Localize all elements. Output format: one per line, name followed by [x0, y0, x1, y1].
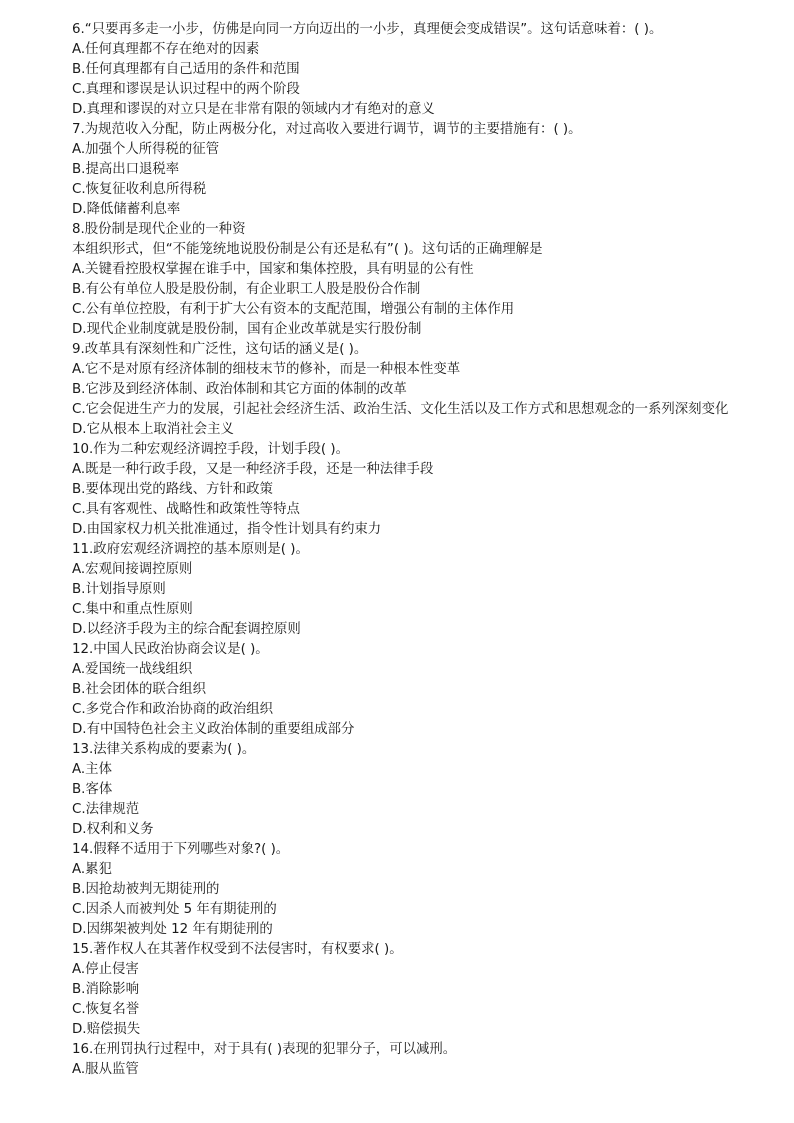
- option-a: A.主体: [43, 760, 751, 780]
- option-d: D.降低储蓄利息率: [43, 200, 751, 220]
- question-stem-continued: 本组织形式，但“不能笼统地说股份制是公有还是私有”( )。这句话的正确理解是: [43, 240, 751, 260]
- option-c: C.集中和重点性原则: [43, 600, 751, 620]
- option-b: B.客体: [43, 780, 751, 800]
- option-c: C.它会促进生产力的发展，引起社会经济生活、政治生活、文化生活以及工作方式和思想…: [43, 400, 751, 420]
- question-stem: 9.改革具有深刻性和广泛性，这句话的涵义是( )。: [43, 340, 751, 360]
- option-a: A.爱国统一战线组织: [43, 660, 751, 680]
- option-a: A.它不是对原有经济体制的细枝末节的修补，而是一种根本性变革: [43, 360, 751, 380]
- option-d: D.由国家权力机关批准通过，指令性计划具有约束力: [43, 520, 751, 540]
- question-stem: 15.著作权人在其著作权受到不法侵害时，有权要求( )。: [43, 940, 751, 960]
- option-b: B.因抢劫被判无期徒刑的: [43, 880, 751, 900]
- question-13: 13.法律关系构成的要素为( )。 A.主体 B.客体 C.法律规范 D.权利和…: [43, 740, 751, 840]
- question-6: 6.“只要再多走一小步，仿佛是向同一方向迈出的一小步，真理便会变成错误”。这句话…: [43, 20, 751, 120]
- question-10: 10.作为二种宏观经济调控手段，计划手段( )。 A.既是一种行政手段，又是一种…: [43, 440, 751, 540]
- question-stem: 8.股份制是现代企业的一种资: [43, 220, 751, 240]
- question-stem: 10.作为二种宏观经济调控手段，计划手段( )。: [43, 440, 751, 460]
- option-b: B.任何真理都有自己适用的条件和范围: [43, 60, 751, 80]
- option-a: A.停止侵害: [43, 960, 751, 980]
- option-d: D.赔偿损失: [43, 1020, 751, 1040]
- option-c: C.因杀人而被判处 5 年有期徒刑的: [43, 900, 751, 920]
- option-a: A.任何真理都不存在绝对的因素: [43, 40, 751, 60]
- question-8: 8.股份制是现代企业的一种资 本组织形式，但“不能笼统地说股份制是公有还是私有”…: [43, 220, 751, 340]
- option-c: C.多党合作和政治协商的政治组织: [43, 700, 751, 720]
- option-a: A.累犯: [43, 860, 751, 880]
- option-d: D.它从根本上取消社会主义: [43, 420, 751, 440]
- option-c: C.公有单位控股，有利于扩大公有资本的支配范围，增强公有制的主体作用: [43, 300, 751, 320]
- question-stem: 16.在刑罚执行过程中，对于具有( )表现的犯罪分子，可以减刑。: [43, 1040, 751, 1060]
- option-c: C.法律规范: [43, 800, 751, 820]
- option-b: B.提高出口退税率: [43, 160, 751, 180]
- option-d: D.现代企业制度就是股份制，国有企业改革就是实行股份制: [43, 320, 751, 340]
- option-d: D.因绑架被判处 12 年有期徒刑的: [43, 920, 751, 940]
- option-d: D.真理和谬误的对立只是在非常有限的领域内才有绝对的意义: [43, 100, 751, 120]
- exam-document: 6.“只要再多走一小步，仿佛是向同一方向迈出的一小步，真理便会变成错误”。这句话…: [43, 20, 751, 1080]
- question-11: 11.政府宏观经济调控的基本原则是( )。 A.宏观间接调控原则 B.计划指导原…: [43, 540, 751, 640]
- question-15: 15.著作权人在其著作权受到不法侵害时，有权要求( )。 A.停止侵害 B.消除…: [43, 940, 751, 1040]
- question-stem: 12.中国人民政治协商会议是( )。: [43, 640, 751, 660]
- option-b: B.要体现出党的路线、方针和政策: [43, 480, 751, 500]
- option-b: B.消除影响: [43, 980, 751, 1000]
- question-7: 7.为规范收入分配，防止两极分化，对过高收入要进行调节，调节的主要措施有：( )…: [43, 120, 751, 220]
- option-a: A.既是一种行政手段，又是一种经济手段，还是一种法律手段: [43, 460, 751, 480]
- option-d: D.以经济手段为主的综合配套调控原则: [43, 620, 751, 640]
- question-9: 9.改革具有深刻性和广泛性，这句话的涵义是( )。 A.它不是对原有经济体制的细…: [43, 340, 751, 440]
- option-a: A.加强个人所得税的征管: [43, 140, 751, 160]
- option-d: D.权利和义务: [43, 820, 751, 840]
- question-14: 14.假释不适用于下列哪些对象?( )。 A.累犯 B.因抢劫被判无期徒刑的 C…: [43, 840, 751, 940]
- question-12: 12.中国人民政治协商会议是( )。 A.爱国统一战线组织 B.社会团体的联合组…: [43, 640, 751, 740]
- option-b: B.社会团体的联合组织: [43, 680, 751, 700]
- option-b: B.计划指导原则: [43, 580, 751, 600]
- option-c: C.真理和谬误是认识过程中的两个阶段: [43, 80, 751, 100]
- option-d: D.有中国特色社会主义政治体制的重要组成部分: [43, 720, 751, 740]
- option-b: B.它涉及到经济体制、政治体制和其它方面的体制的改革: [43, 380, 751, 400]
- question-stem: 14.假释不适用于下列哪些对象?( )。: [43, 840, 751, 860]
- option-c: C.具有客观性、战略性和政策性等特点: [43, 500, 751, 520]
- option-c: C.恢复征收利息所得税: [43, 180, 751, 200]
- question-stem: 13.法律关系构成的要素为( )。: [43, 740, 751, 760]
- option-a: A.宏观间接调控原则: [43, 560, 751, 580]
- option-b: B.有公有单位人股是股份制，有企业职工人股是股份合作制: [43, 280, 751, 300]
- question-stem: 11.政府宏观经济调控的基本原则是( )。: [43, 540, 751, 560]
- question-stem: 7.为规范收入分配，防止两极分化，对过高收入要进行调节，调节的主要措施有：( )…: [43, 120, 751, 140]
- question-stem: 6.“只要再多走一小步，仿佛是向同一方向迈出的一小步，真理便会变成错误”。这句话…: [43, 20, 751, 40]
- question-16: 16.在刑罚执行过程中，对于具有( )表现的犯罪分子，可以减刑。 A.服从监管: [43, 1040, 751, 1080]
- option-c: C.恢复名誉: [43, 1000, 751, 1020]
- option-a: A.服从监管: [43, 1060, 751, 1080]
- option-a: A.关键看控股权掌握在谁手中，国家和集体控股，具有明显的公有性: [43, 260, 751, 280]
